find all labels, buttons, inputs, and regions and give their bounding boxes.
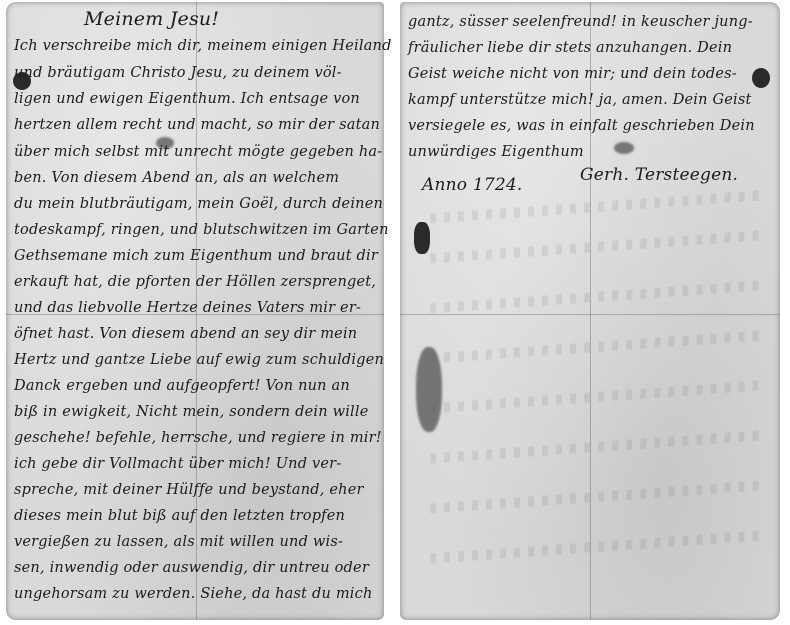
text-line: ligen und ewigen Eigenthum. Ich entsage … (14, 91, 360, 107)
text-line: todeskampf, ringen, und blutschwitzen im… (14, 222, 389, 238)
text-line: sen, inwendig oder auswendig, dir untreu… (14, 560, 369, 576)
text-line: versiegele es, was in einfalt geschriebe… (408, 118, 755, 134)
text-line: Ich verschreibe mich dir, meinem einigen… (14, 38, 392, 54)
text-line: geschehe! befehle, herrsche, und regiere… (14, 430, 382, 446)
text-line: biß in ewigkeit, Nicht mein, sondern dei… (14, 404, 369, 420)
text-line: hertzen allem recht und macht, so mir de… (14, 117, 380, 133)
text-line: dieses mein blut biß auf den letzten tro… (14, 508, 345, 524)
bleed-through-text (430, 431, 760, 464)
bleed-through-text (430, 531, 760, 564)
text-line: vergießen zu lassen, als mit willen und … (14, 534, 343, 550)
text-line: fräulicher liebe dir stets anzuhangen. D… (408, 40, 732, 56)
bleed-through-text (430, 231, 760, 264)
date: Anno 1724. (422, 175, 522, 195)
ink-smudge (614, 142, 634, 154)
text-line: gantz, süsser seelenfreund! in keuscher … (408, 14, 753, 30)
text-line: ungehorsam zu werden. Siehe, da hast du … (14, 586, 372, 602)
text-line: Danck ergeben und aufgeopfert! Von nun a… (14, 378, 350, 394)
text-line: kampf unterstütze mich! ja, amen. Dein G… (408, 92, 752, 108)
text-line: ich gebe dir Vollmacht über mich! Und ve… (14, 456, 341, 472)
text-line: und bräutigam Christo Jesu, zu deinem vö… (14, 65, 342, 81)
signature: Gerh. Tersteegen. (580, 165, 738, 185)
left-page: Meinem Jesu! Ich verschreibe mich dir, m… (6, 2, 384, 620)
text-line: Gethsemane mich zum Eigenthum und braut … (14, 248, 378, 264)
text-line: erkauft hat, die pforten der Höllen zers… (14, 274, 376, 290)
text-line: Hertz und gantze Liebe auf ewig zum schu… (14, 352, 384, 368)
text-line: und das liebvolle Hertze deines Vaters m… (14, 300, 361, 316)
text-line: ben. Von diesem Abend an, als an welchem (14, 170, 339, 186)
right-page: gantz, süsser seelenfreund! in keuscher … (400, 2, 780, 620)
bleed-through-text (430, 281, 760, 314)
ink-stain (752, 68, 770, 88)
bleed-through-text (430, 381, 760, 414)
text-line: unwürdiges Eigenthum (408, 144, 584, 160)
horizontal-fold (400, 314, 780, 315)
text-line: du mein blutbräutigam, mein Goël, durch … (14, 196, 383, 212)
ink-stain (414, 222, 430, 254)
text-line: spreche, mit deiner Hülffe und beystand,… (14, 482, 364, 498)
text-line: über mich selbst mit unrecht mögte gegeb… (14, 144, 382, 160)
text-line: Geist weiche nicht von mir; und dein tod… (408, 66, 737, 82)
bleed-through-text (430, 191, 760, 224)
letter-title: Meinem Jesu! (84, 8, 219, 30)
text-line: öfnet hast. Von diesem abend an sey dir … (14, 326, 357, 342)
bleed-through-text (430, 331, 760, 364)
bleed-through-text (430, 481, 760, 514)
